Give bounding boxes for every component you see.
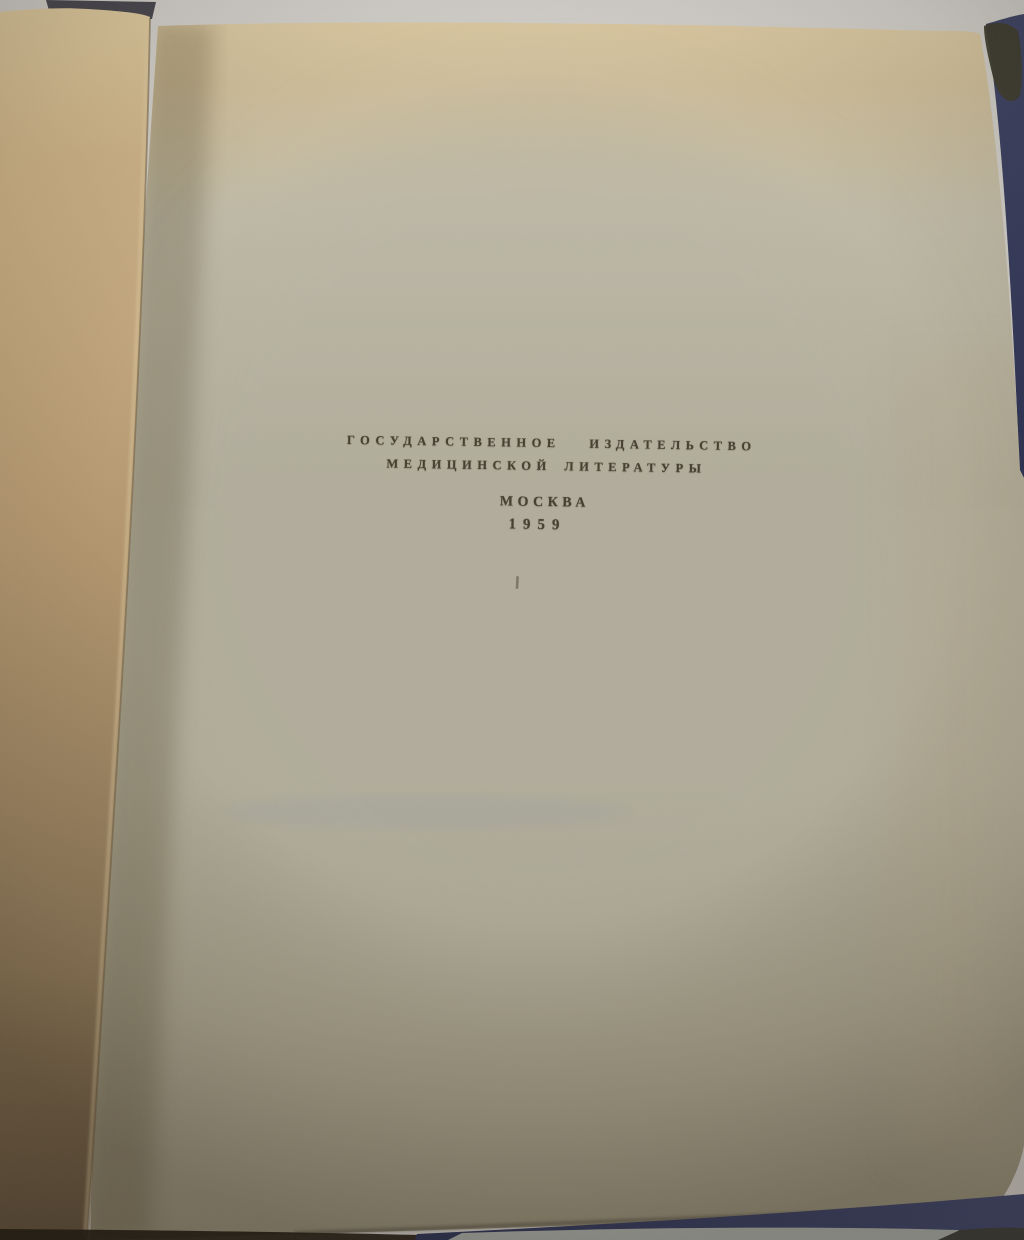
publisher-line-2: МЕДИЦИНСКОЙ ЛИТЕРАТУРЫ <box>146 454 946 479</box>
book-photo: ГОСУДАРСТВЕННОЕ ИЗДАТЕЛЬСТВО МЕДИЦИНСКОЙ… <box>0 0 1024 1240</box>
imprint-text-block: ГОСУДАРСТВЕННОЕ ИЗДАТЕЛЬСТВО МЕДИЦИНСКОЙ… <box>144 422 946 565</box>
city-line: МОСКВА <box>145 490 945 517</box>
book-shapes <box>0 0 1024 1240</box>
year-line: 1959 <box>137 512 937 540</box>
publisher-line-1: ГОСУДАРСТВЕННОЕ ИЗДАТЕЛЬСТВО <box>152 431 952 456</box>
photo-grain-overlay <box>0 0 1024 1240</box>
